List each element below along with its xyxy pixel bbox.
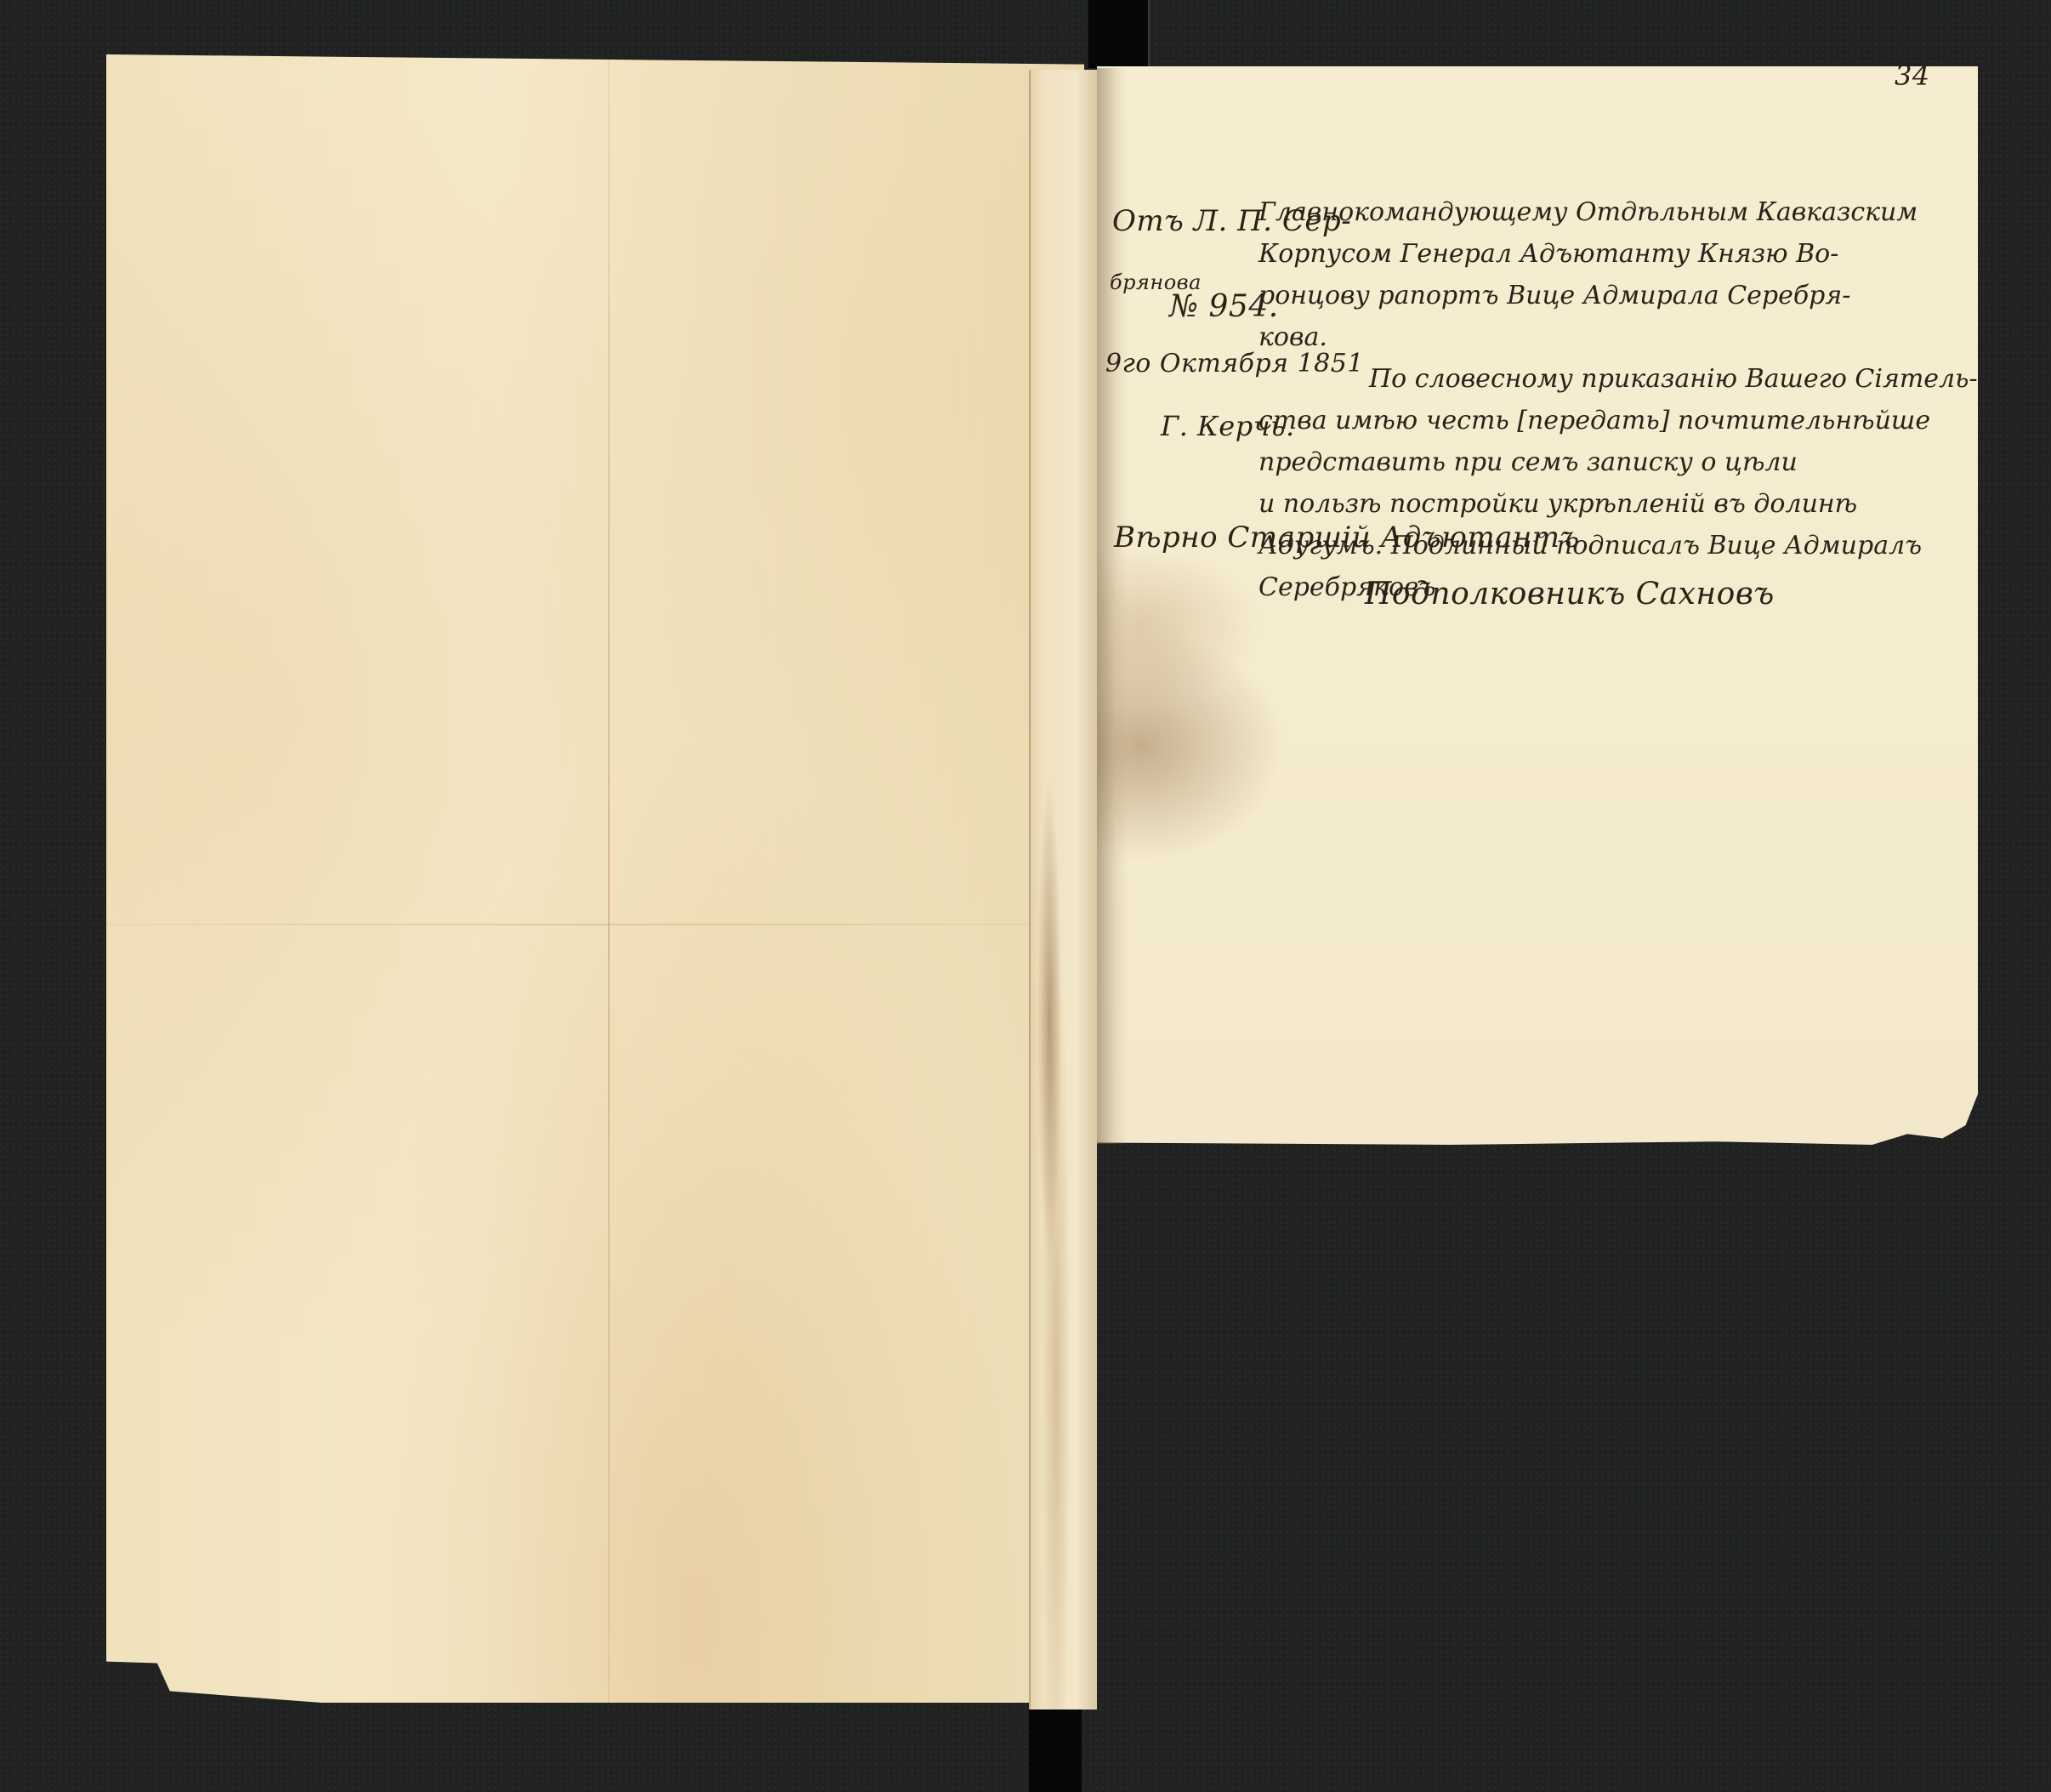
body-line: кова. (1258, 316, 1939, 358)
horizontal-fold-crease (106, 924, 1084, 925)
binding-spine-strip (1029, 70, 1097, 1710)
folio-number: 34 (1895, 60, 1930, 92)
body-line: и пользѣ постройки укрѣпленій въ долинѣ (1258, 483, 1939, 525)
left-page-blank-verso (106, 54, 1084, 1703)
body-line: По словесному приказанію Вашего Сiятель- (1258, 358, 1939, 400)
body-line: Главнокомандующему Отдѣльным Кавказским (1258, 191, 1939, 233)
binding-divider (1148, 0, 1150, 68)
binding-gap-top (1088, 0, 1148, 68)
body-line: ства имѣю честь [передать] почтительнѣйш… (1258, 400, 1939, 441)
signature: Подполковникъ Сахновъ (1365, 577, 1775, 612)
binding-gap-bottom (1029, 1710, 1082, 1792)
body-line: представить при семъ записку о цѣли (1258, 441, 1939, 483)
attestation-line: Вѣрно Старшiй Адъютантъ (1114, 521, 1580, 555)
body-line: Корпусом Генерал Адъютанту Князю Во- (1258, 233, 1939, 275)
vertical-fold-crease (608, 54, 610, 1703)
body-line: ронцову рапортъ Вице Адмирала Серебря- (1258, 275, 1939, 316)
